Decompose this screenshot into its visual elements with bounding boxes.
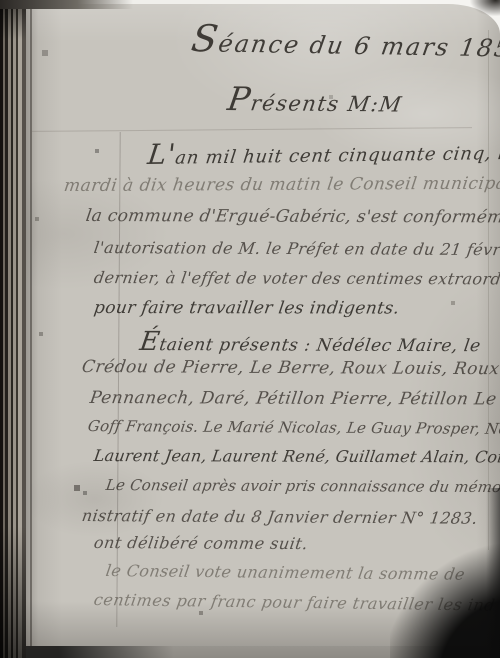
body-line-13: nistratif en date du 8 Janvier dernier N… [81, 506, 479, 528]
body-line-3: la commune d'Ergué-Gabéric, s'est confor… [85, 206, 500, 228]
heading-line: Séance du 6 mars 1855. [189, 16, 500, 66]
body-line-14: ont délibéré comme suit. [93, 533, 310, 553]
right-edge-shadow [486, 488, 500, 658]
body-line-6: pour faire travailler les indigents. [93, 298, 401, 319]
right-edge-crease [488, 30, 489, 550]
book-binding [0, 0, 26, 658]
presents-line: Présents M:M [225, 80, 406, 119]
body-line-1: L'an mil huit cent cinquante cinq, le [146, 133, 500, 171]
body-line-5: dernier, à l'effet de voter des centimes… [93, 268, 500, 288]
body-line-10: Goff François. Le Marié Nicolas, Le Guay… [87, 417, 500, 438]
body-line-8: Crédou de Pierre, Le Berre, Roux Louis, … [81, 357, 500, 379]
body-line-4: l'autorisation de M. le Préfet en date d… [93, 238, 500, 259]
page-edge-line [30, 0, 32, 646]
manuscript-photo: Séance du 6 mars 1855. Présents M:M L'an… [0, 0, 500, 658]
body-line-7: Étaient présents : Nédélec Maire, le [138, 327, 483, 358]
body-line-9: Pennanech, Daré, Pétillon Pierre, Pétill… [89, 388, 499, 409]
body-line-2: mardi à dix heures du matin le Conseil m… [63, 174, 500, 196]
body-line-12: Le Conseil après avoir pris connaissance… [105, 476, 500, 496]
page-corner-shadow [390, 538, 500, 658]
top-right-mark [470, 0, 500, 16]
body-line-11: Laurent Jean, Laurent René, Guillamet Al… [93, 446, 500, 467]
page-top-edge [0, 0, 140, 9]
